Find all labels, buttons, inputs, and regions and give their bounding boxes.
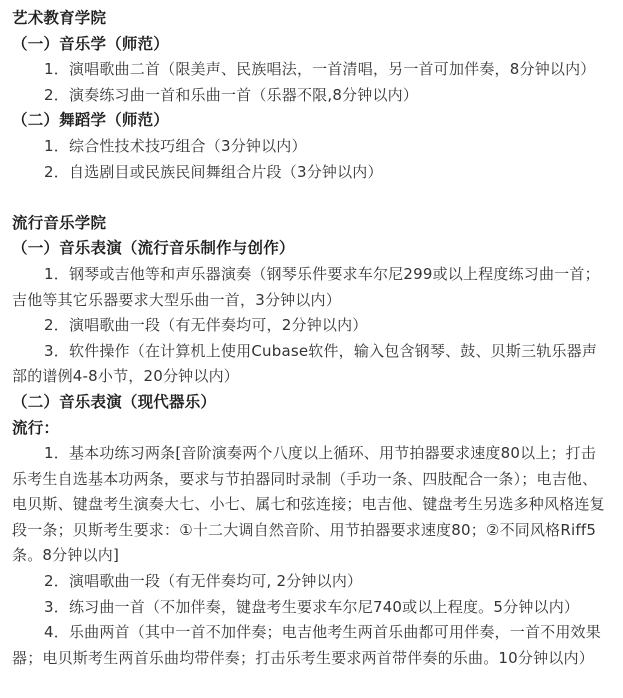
college-title: 艺术教育学院	[12, 6, 615, 32]
list-item: 3．练习曲一首（不加伴奏，键盘考生要求车尔尼740或以上程度。5分钟以内）	[12, 595, 615, 621]
program-title: （一）音乐学（师范）	[12, 32, 615, 58]
section-spacer	[12, 185, 615, 211]
program-subtitle: 流行：	[12, 416, 615, 442]
list-item: 2．演奏练习曲一首和乐曲一首（乐器不限,8分钟以内）	[12, 83, 615, 109]
list-item: 1．演唱歌曲二首（限美声、民族唱法，一首清唱，另一首可加伴奏，8分钟以内）	[12, 57, 615, 83]
document: 艺术教育学院 （一）音乐学（师范） 1．演唱歌曲二首（限美声、民族唱法，一首清唱…	[0, 0, 623, 671]
list-item: 2．演唱歌曲一段（有无伴奏均可, 2分钟以内）	[12, 569, 615, 595]
college-title: 流行音乐学院	[12, 211, 615, 237]
list-item: 1．综合性技术技巧组合（3分钟以内）	[12, 134, 615, 160]
list-item: 1．钢琴或吉他等和声乐器演奏（钢琴乐件要求车尔尼299或以上程度练习曲一首；吉他…	[12, 262, 609, 313]
section-pop-music: 流行音乐学院 （一）音乐表演（流行音乐制作与创作） 1．钢琴或吉他等和声乐器演奏…	[12, 211, 615, 672]
program-title: （一）音乐表演（流行音乐制作与创作）	[12, 236, 615, 262]
list-item: 2．演唱歌曲一段（有无伴奏均可，2分钟以内）	[12, 313, 615, 339]
section-art-education: 艺术教育学院 （一）音乐学（师范） 1．演唱歌曲二首（限美声、民族唱法，一首清唱…	[12, 6, 615, 185]
list-item: 4．乐曲两首（其中一首不加伴奏；电吉他考生两首乐曲都可用伴奏，一首不用效果器；电…	[12, 620, 609, 671]
program-title: （二）音乐表演（现代器乐）	[12, 390, 615, 416]
list-item: 1．基本功练习两条[音阶演奏两个八度以上循环、用节拍器要求速度80以上；打击乐考…	[12, 441, 609, 569]
list-item: 2．自选剧目或民族民间舞组合片段（3分钟以内）	[12, 160, 615, 186]
program-title: （二）舞蹈学（师范）	[12, 108, 615, 134]
list-item: 3．软件操作（在计算机上使用Cubase软件，输入包含钢琴、鼓、贝斯三轨乐器声部…	[12, 339, 609, 390]
